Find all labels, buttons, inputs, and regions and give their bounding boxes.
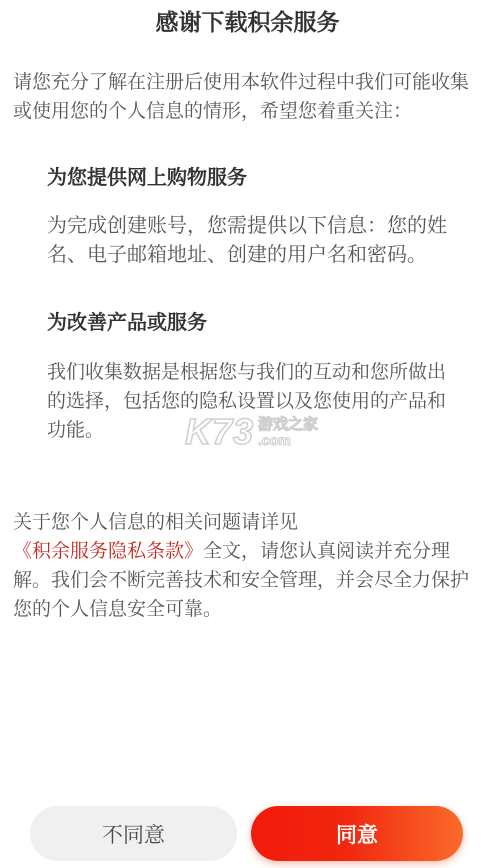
section-heading-shopping-service: 为您提供网上购物服务 xyxy=(47,163,247,193)
intro-paragraph: 请您充分了解在注册后使用本软件过程中我们可能收集或使用您的个人信息的情形，希望您… xyxy=(13,68,483,126)
section-body-shopping-service: 为完成创建账号，您需提供以下信息：您的姓名、电子邮箱地址、创建的用户名和密码。 xyxy=(47,212,463,270)
privacy-note-before-link: 关于您个人信息的相关问题请详见 xyxy=(13,512,298,533)
dialog-title: 感谢下载积余服务 xyxy=(0,6,495,38)
privacy-note-paragraph: 关于您个人信息的相关问题请详见《积余服务隐私条款》全文，请您认真阅读并充分理解。… xyxy=(13,508,483,624)
agree-button[interactable]: 同意 xyxy=(251,806,463,861)
privacy-policy-link[interactable]: 《积余服务隐私条款》 xyxy=(13,541,203,562)
section-heading-improve-product: 为改善产品或服务 xyxy=(47,308,207,338)
disagree-button[interactable]: 不同意 xyxy=(30,806,237,861)
button-row: 不同意 同意 xyxy=(0,806,495,861)
privacy-consent-dialog: 感谢下载积余服务 请您充分了解在注册后使用本软件过程中我们可能收集或使用您的个人… xyxy=(0,0,495,868)
section-body-improve-product: 我们收集数据是根据您与我们的互动和您所做出的选择，包括您的隐私设置以及您使用的产… xyxy=(47,358,463,445)
